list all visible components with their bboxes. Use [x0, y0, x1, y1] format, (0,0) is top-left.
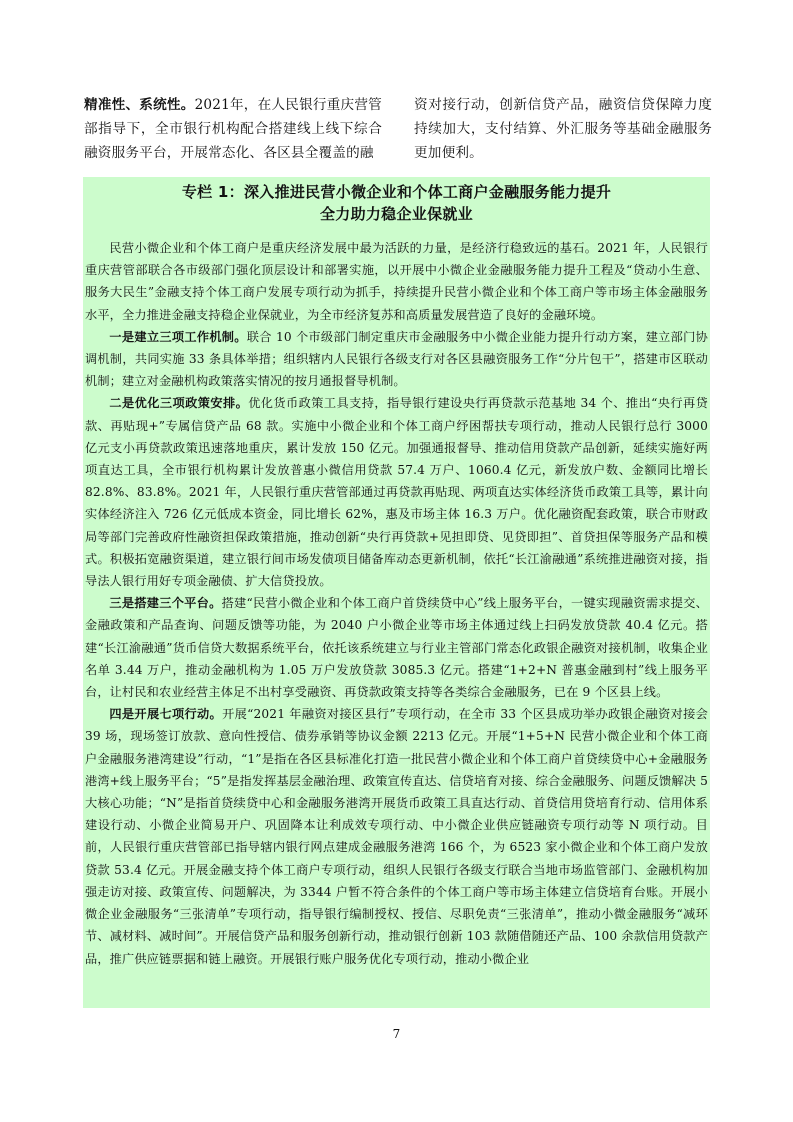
paragraph-text: 优化货币政策工具支持，指导银行建设央行再贷款示范基地 34 个、推出“央行再贷款… — [85, 396, 708, 588]
left-column-bold-lead: 精准性、系统性。 — [84, 97, 195, 113]
column-box-1: 专栏 1：深入推进民营小微企业和个体工商户金融服务能力提升 全力助力稳企业保就业… — [83, 177, 710, 1008]
right-column: 资对接行动，创新信贷产品，融资信贷保障力度持续加大，支付结算、外汇服务等基础金融… — [414, 93, 712, 165]
paragraph-intro: 民营小微企业和个体工商户是重庆经济发展中最为活跃的力量，是经济行稳致远的基石。2… — [85, 237, 708, 326]
paragraph-lead: 四是开展七项行动。 — [109, 707, 222, 721]
box-body: 民营小微企业和个体工商户是重庆经济发展中最为活跃的力量，是经济行稳致远的基石。2… — [83, 225, 710, 970]
paragraph-text: 搭建“民营小微企业和个体工商户首贷续贷中心”线上服务平台，一键实现融资需求提交、… — [85, 596, 708, 699]
paragraph-lead: 二是优化三项政策安排。 — [109, 396, 248, 410]
paragraph-policies: 二是优化三项政策安排。优化货币政策工具支持，指导银行建设央行再贷款示范基地 34… — [85, 392, 708, 592]
paragraph-lead: 三是搭建三个平台。 — [109, 596, 221, 610]
paragraph-lead: 一是建立三项工作机制。 — [109, 330, 246, 344]
page-number: 7 — [0, 1027, 793, 1041]
left-column: 精准性、系统性。2021年，在人民银行重庆营管部指导下，全市银行机构配合搭建线上… — [84, 93, 382, 165]
box-title: 专栏 1：深入推进民营小微企业和个体工商户金融服务能力提升 全力助力稳企业保就业 — [83, 177, 710, 225]
top-two-column-text: 精准性、系统性。2021年，在人民银行重庆营管部指导下，全市银行机构配合搭建线上… — [84, 93, 712, 165]
right-column-text: 资对接行动，创新信贷产品，融资信贷保障力度持续加大，支付结算、外汇服务等基础金融… — [414, 97, 712, 161]
paragraph-text: 开展“2021 年融资对接区县行”专项行动，在全市 33 个区县成功举办政银企融… — [85, 707, 708, 965]
box-title-line1: 专栏 1：深入推进民营小微企业和个体工商户金融服务能力提升 — [83, 181, 710, 203]
paragraph-platforms: 三是搭建三个平台。搭建“民营小微企业和个体工商户首贷续贷中心”线上服务平台，一键… — [85, 592, 708, 703]
paragraph-actions: 四是开展七项行动。开展“2021 年融资对接区县行”专项行动，在全市 33 个区… — [85, 703, 708, 969]
paragraph-mechanisms: 一是建立三项工作机制。联合 10 个市级部门制定重庆市金融服务中小微企业能力提升… — [85, 326, 708, 393]
box-title-line2: 全力助力稳企业保就业 — [83, 203, 710, 225]
paragraph-text: 民营小微企业和个体工商户是重庆经济发展中最为活跃的力量，是经济行稳致远的基石。2… — [85, 241, 708, 322]
